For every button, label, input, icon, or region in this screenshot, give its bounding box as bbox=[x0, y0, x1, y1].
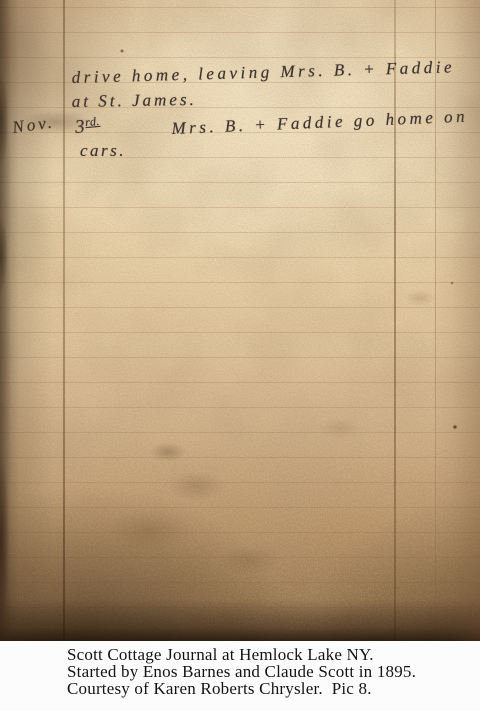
journal-page-photo: drive home, leaving Mrs. B. + Faddie at … bbox=[0, 0, 480, 641]
caption-line-2: Started by Enos Barnes and Claude Scott … bbox=[67, 663, 480, 680]
caption-line-3: Courtesy of Karen Roberts Chrysler. Pic … bbox=[67, 680, 480, 697]
photo-frame: drive home, leaving Mrs. B. + Faddie at … bbox=[0, 0, 480, 711]
caption: Scott Cottage Journal at Hemlock Lake NY… bbox=[0, 641, 480, 711]
journal-entry-line-2: at St. James. bbox=[72, 90, 197, 112]
day-ordinal-suffix: rd. bbox=[85, 114, 101, 129]
caption-line-1: Scott Cottage Journal at Hemlock Lake NY… bbox=[67, 646, 480, 663]
journal-date-day: 3rd. bbox=[74, 111, 101, 138]
journal-entry-line-4: cars. bbox=[80, 141, 126, 161]
